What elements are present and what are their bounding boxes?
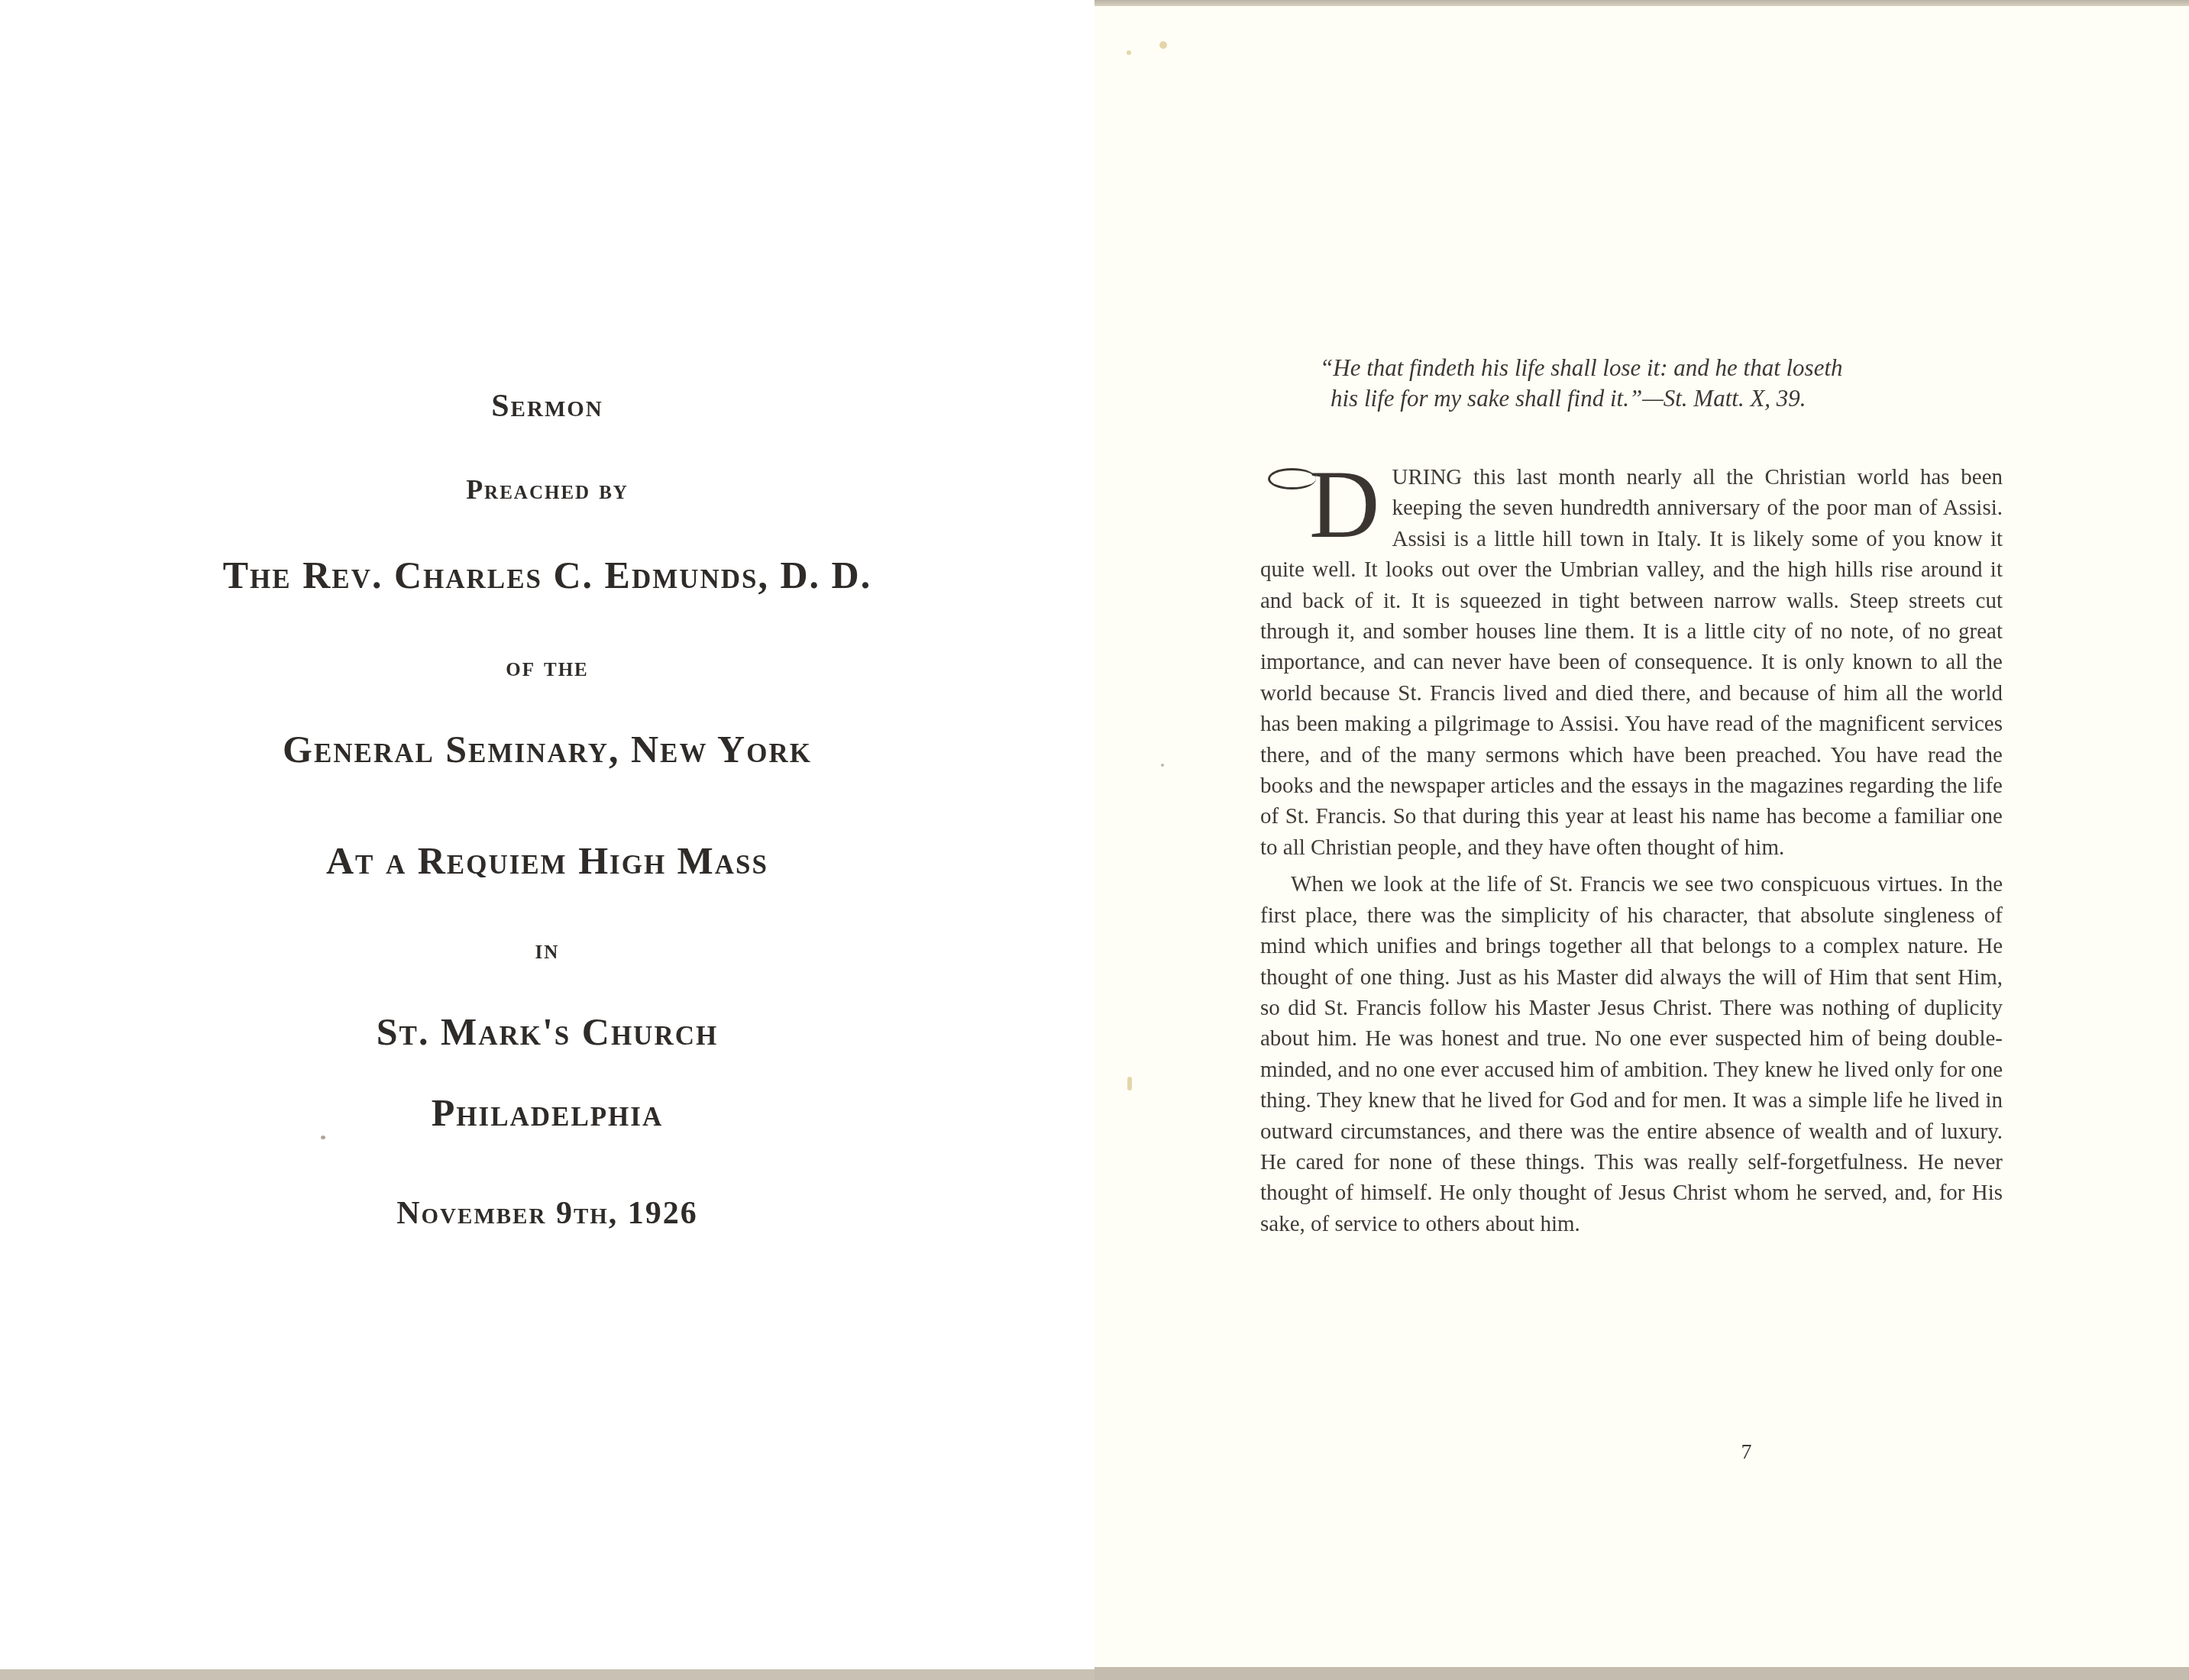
preached-by-label: Preached by: [0, 473, 1094, 506]
paragraph-2: When we look at the life of St. Francis …: [1260, 869, 2003, 1239]
page-number: 7: [1094, 1440, 2189, 1465]
paper-speck: [1127, 50, 1131, 55]
drop-cap-letter: D: [1309, 450, 1379, 558]
of-the-label: of the: [0, 651, 1094, 683]
swash-ornament-icon: [1268, 468, 1316, 489]
in-label: in: [0, 933, 1094, 965]
church-name: St. Mark's Church: [0, 1010, 1094, 1054]
sermon-heading: Sermon: [0, 388, 1094, 425]
epigraph-line-2: his life for my sake shall find it.”—St.…: [1320, 383, 2007, 414]
epigraph-quote: “He that findeth his life shall lose it:…: [1298, 353, 2007, 414]
preacher-name: The Rev. Charles C. Edmunds, D. D.: [0, 553, 1094, 597]
sermon-date: November 9th, 1926: [0, 1195, 1094, 1232]
drop-cap-d: D: [1309, 464, 1379, 544]
left-page-title: [0, 0, 1094, 1669]
occasion-line: At a Requiem High Mass: [0, 838, 1094, 883]
epigraph-line-1: “He that findeth his life shall lose it:…: [1320, 354, 1843, 381]
institution-name: General Seminary, New York: [0, 727, 1094, 771]
paper-speck: [1161, 764, 1164, 767]
paper-speck: [1159, 41, 1167, 49]
scanner-edge-top: [1094, 0, 2189, 6]
sermon-body: DURING this last month nearly all the Ch…: [1260, 462, 2003, 1239]
city-name: Philadelphia: [0, 1090, 1094, 1135]
paper-speck: [321, 1136, 325, 1139]
scanner-edge-bottom-right: [1094, 1667, 2189, 1680]
paragraph-1: DURING this last month nearly all the Ch…: [1260, 462, 2003, 863]
paper-speck: [1127, 1077, 1132, 1090]
